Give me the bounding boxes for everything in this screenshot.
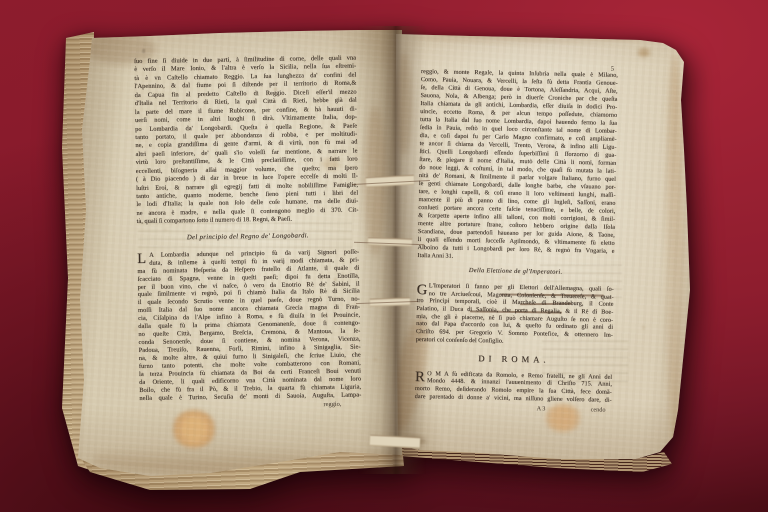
foxing-dots bbox=[392, 26, 395, 29]
right-paragraph-2: G L'Imperatori ſi fanno per gli Elettori… bbox=[416, 282, 614, 347]
left-paragraph-1: ſuo fine ſi diuide in due parti, à ſimil… bbox=[134, 55, 359, 227]
right-page-text: 5 reggio, & monte Regale, la quinta Inſu… bbox=[414, 68, 618, 414]
dropcap-letter: L bbox=[137, 252, 146, 267]
gathering-signature: A 3 bbox=[537, 405, 546, 413]
top-edge-browning bbox=[412, 30, 652, 42]
page-number: 5 bbox=[611, 66, 614, 73]
dropcap-letter: G bbox=[417, 282, 428, 297]
right-paragraph-3: R O M A fù edificata da Romolo, e Remo f… bbox=[415, 369, 613, 404]
right-paragraph-1: reggio, & monte Regale, la quinta Inſubr… bbox=[417, 68, 618, 264]
gutter-browning bbox=[396, 52, 412, 156]
section-heading-roma: DI ROMA. bbox=[415, 351, 612, 365]
left-paragraph-2: L A Lombardia adunque nel principio fù d… bbox=[137, 248, 361, 402]
corner-spot bbox=[638, 48, 650, 57]
edge-spot bbox=[684, 124, 693, 136]
section-heading-elettione: Della Elettione de gl'Imperatori. bbox=[417, 266, 614, 277]
section-heading-longobardi: Del principio del Regno de' Longobardi. bbox=[137, 231, 359, 241]
open-book: 8 ſuo fine ſi diuide in due parti, à ſim… bbox=[0, 0, 768, 512]
stain bbox=[172, 410, 216, 448]
dropcap-letter: R bbox=[415, 370, 425, 385]
catchword: cendo bbox=[591, 406, 606, 414]
photo-backdrop: 8 ſuo fine ſi diuide in due parti, à ſim… bbox=[0, 0, 768, 512]
left-page-text: 8 ſuo fine ſi diuide in due parti, à ſim… bbox=[134, 55, 362, 412]
foxing-dots bbox=[74, 28, 77, 31]
fore-edge-browning bbox=[666, 54, 684, 446]
